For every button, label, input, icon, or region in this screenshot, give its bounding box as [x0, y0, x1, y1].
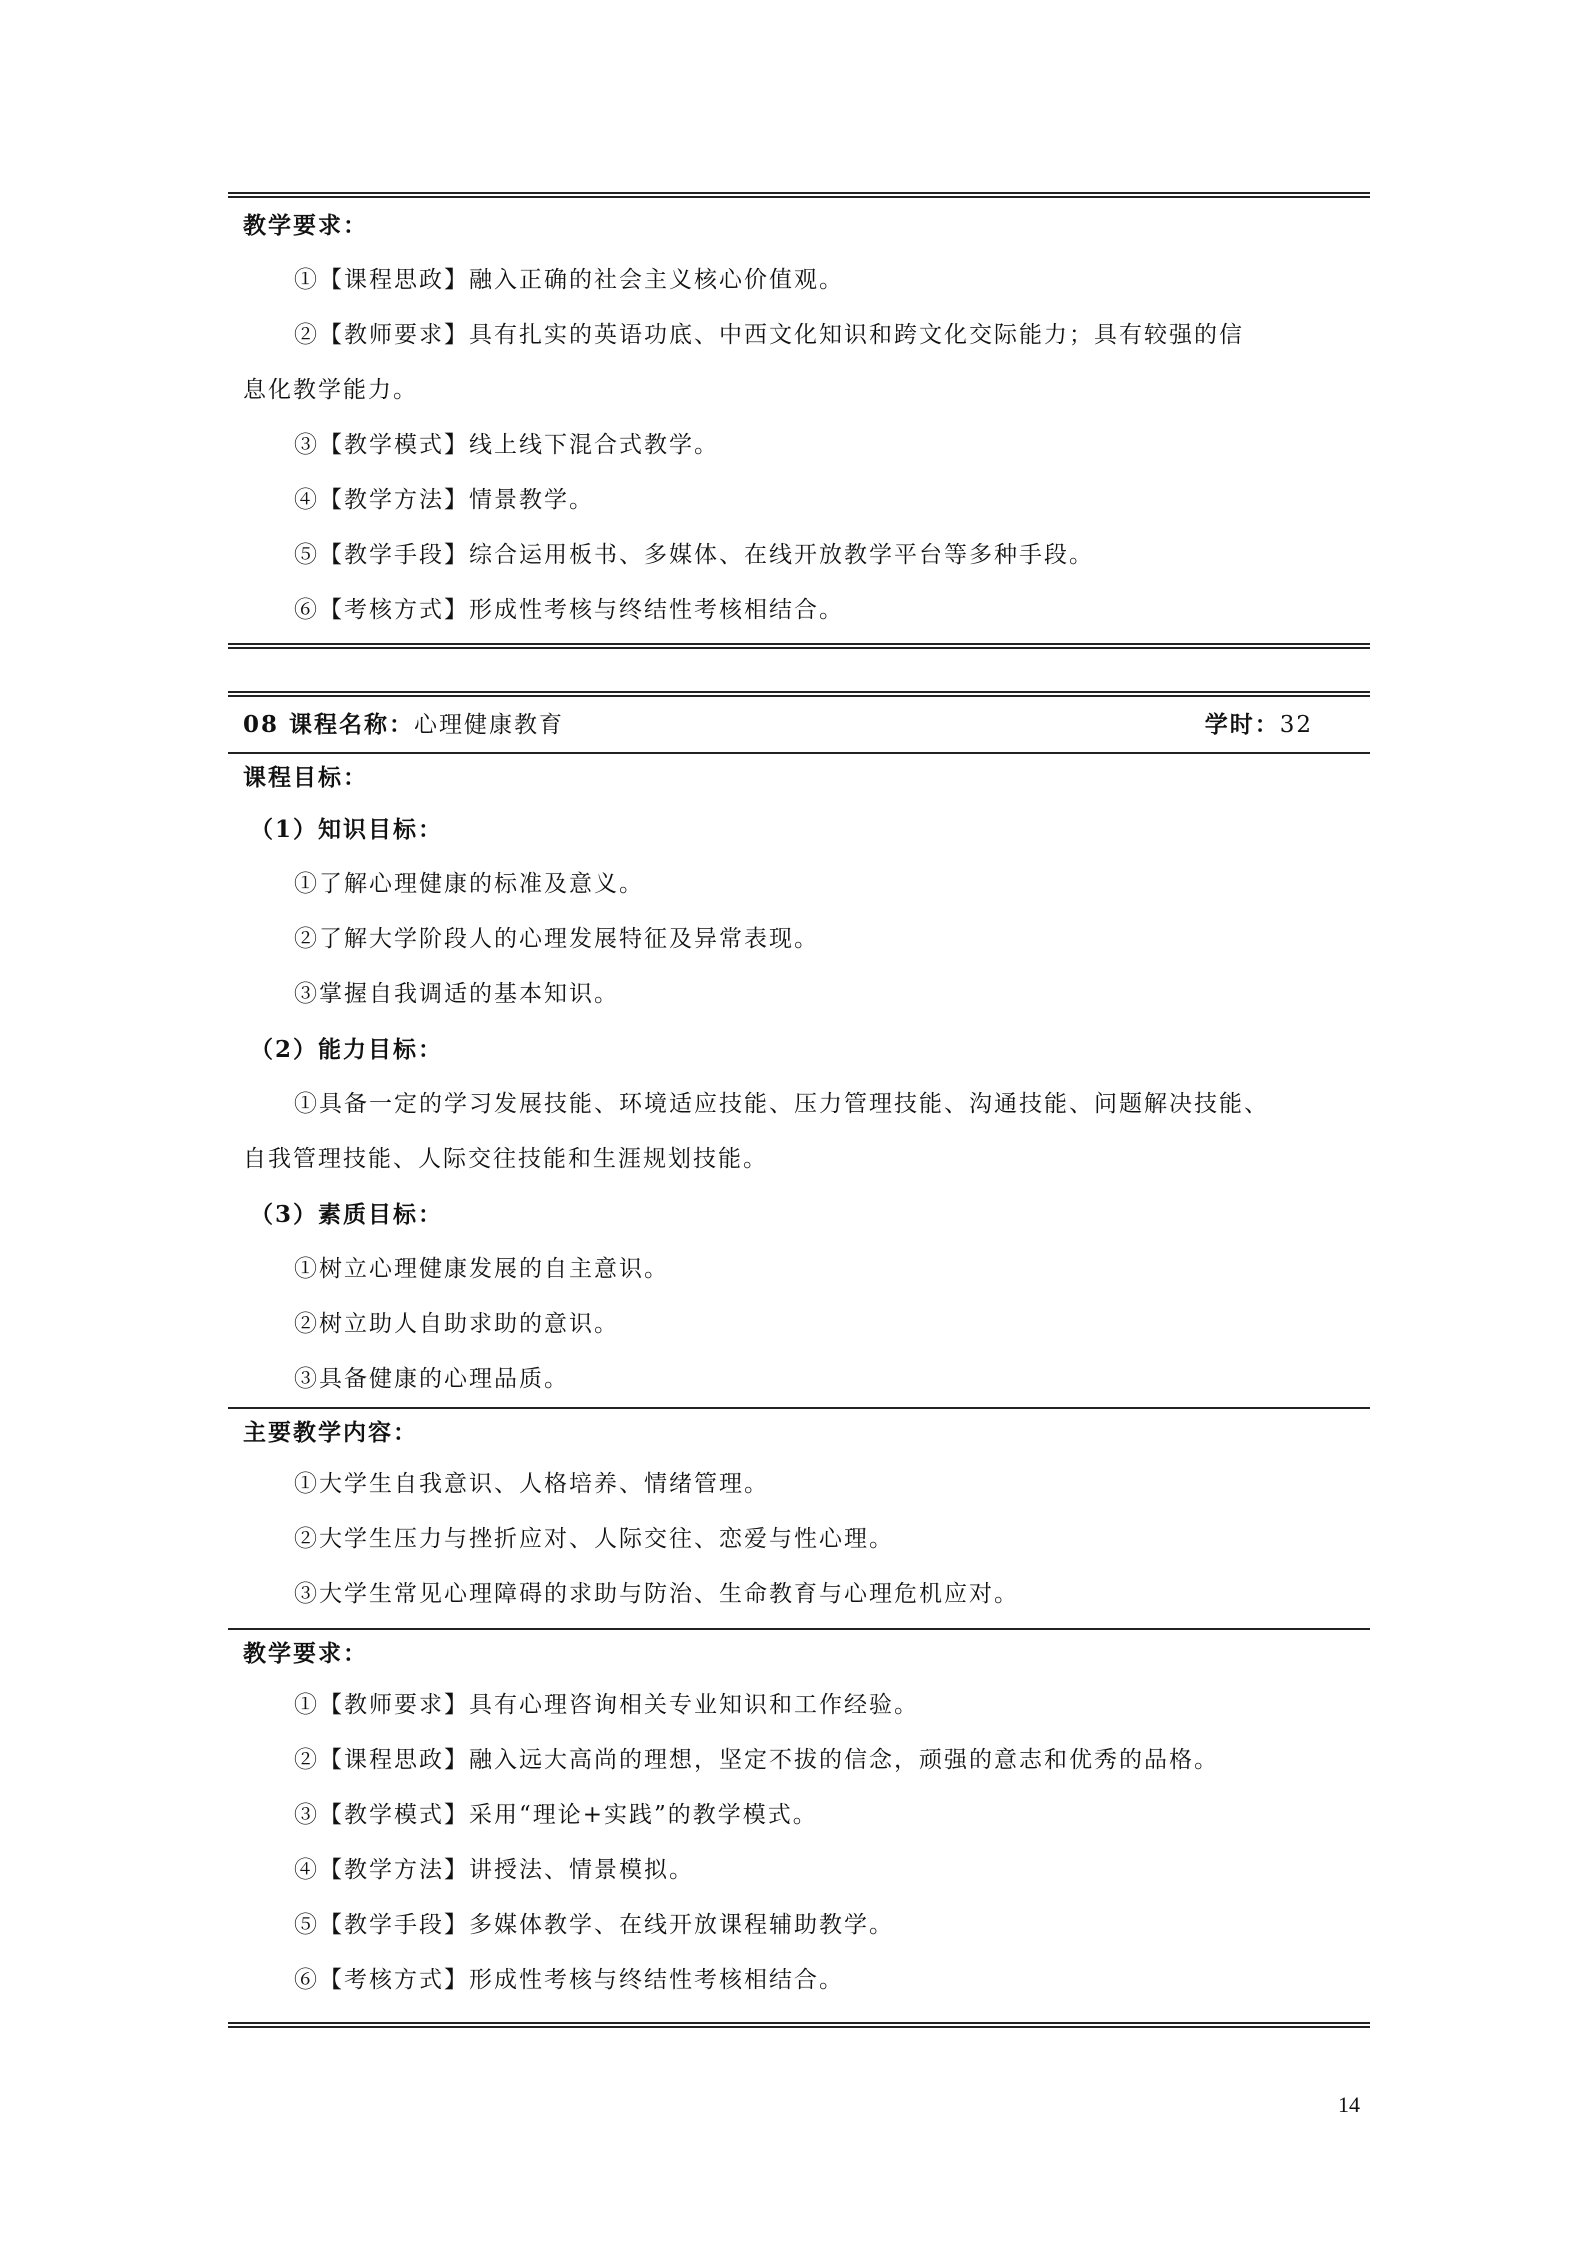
requirement-item: ①【课程思政】融入正确的社会主义核心价值观。: [228, 253, 1370, 308]
course-title-row: 08 课程名称：心理健康教育 学时：32: [228, 697, 1370, 752]
list-item: ①树立心理健康发展的自主意识。: [228, 1242, 1370, 1297]
list-item: ①了解心理健康的标准及意义。: [228, 857, 1370, 912]
list-item: ③掌握自我调适的基本知识。: [228, 967, 1370, 1022]
requirement-item: ⑥【考核方式】形成性考核与终结性考核相结合。: [228, 1953, 1370, 2008]
list-item: ①大学生自我意识、人格培养、情绪管理。: [228, 1457, 1370, 1512]
course-name: 08 课程名称：心理健康教育: [243, 697, 564, 752]
double-rule: [228, 643, 1370, 649]
list-item: ②树立助人自助求助的意识。: [228, 1297, 1370, 1352]
section-heading: 课程目标：: [228, 754, 1370, 802]
previous-course-requirements: 教学要求： ①【课程思政】融入正确的社会主义核心价值观。 ②【教师要求】具有扎实…: [228, 192, 1370, 649]
subheading: （2）能力目标：: [228, 1022, 1370, 1077]
list-item: ③大学生常见心理障碍的求助与防治、生命教育与心理危机应对。: [228, 1567, 1370, 1622]
course-block: 08 课程名称：心理健康教育 学时：32 课程目标： （1）知识目标： ①了解心…: [228, 691, 1370, 2028]
section-heading: 教学要求：: [228, 1630, 1370, 1678]
section-heading: 主要教学内容：: [228, 1409, 1370, 1457]
requirement-item: ②【教师要求】具有扎实的英语功底、中西文化知识和跨文化交际能力；具有较强的信: [228, 308, 1370, 363]
requirement-item: ⑤【教学手段】多媒体教学、在线开放课程辅助教学。: [228, 1898, 1370, 1953]
requirement-item: ⑤【教学手段】综合运用板书、多媒体、在线开放教学平台等多种手段。: [228, 528, 1370, 583]
section-heading: 教学要求：: [228, 198, 1370, 253]
page-number: 14: [1338, 2092, 1360, 2118]
requirement-item: ②【课程思政】融入远大高尚的理想，坚定不拔的信念，顽强的意志和优秀的品格。: [228, 1733, 1370, 1788]
list-item: ②了解大学阶段人的心理发展特征及异常表现。: [228, 912, 1370, 967]
list-item: ②大学生压力与挫折应对、人际交往、恋爱与性心理。: [228, 1512, 1370, 1567]
requirement-item-continued: 息化教学能力。: [228, 363, 1370, 418]
course-hours: 学时：32: [1205, 697, 1313, 752]
requirement-item: ④【教学方法】讲授法、情景模拟。: [228, 1843, 1370, 1898]
list-item-continued: 自我管理技能、人际交往技能和生涯规划技能。: [228, 1132, 1370, 1187]
subheading: （3）素质目标：: [228, 1187, 1370, 1242]
list-item: ③具备健康的心理品质。: [228, 1352, 1370, 1407]
subheading: （1）知识目标：: [228, 802, 1370, 857]
requirement-item: ③【教学模式】线上线下混合式教学。: [228, 418, 1370, 473]
requirement-item: ⑥【考核方式】形成性考核与终结性考核相结合。: [228, 583, 1370, 638]
requirement-item: ①【教师要求】具有心理咨询相关专业知识和工作经验。: [228, 1678, 1370, 1733]
double-rule: [228, 2022, 1370, 2028]
requirement-item: ③【教学模式】采用“理论+实践”的教学模式。: [228, 1788, 1370, 1843]
list-item: ①具备一定的学习发展技能、环境适应技能、压力管理技能、沟通技能、问题解决技能、: [228, 1077, 1370, 1132]
requirement-item: ④【教学方法】情景教学。: [228, 473, 1370, 528]
